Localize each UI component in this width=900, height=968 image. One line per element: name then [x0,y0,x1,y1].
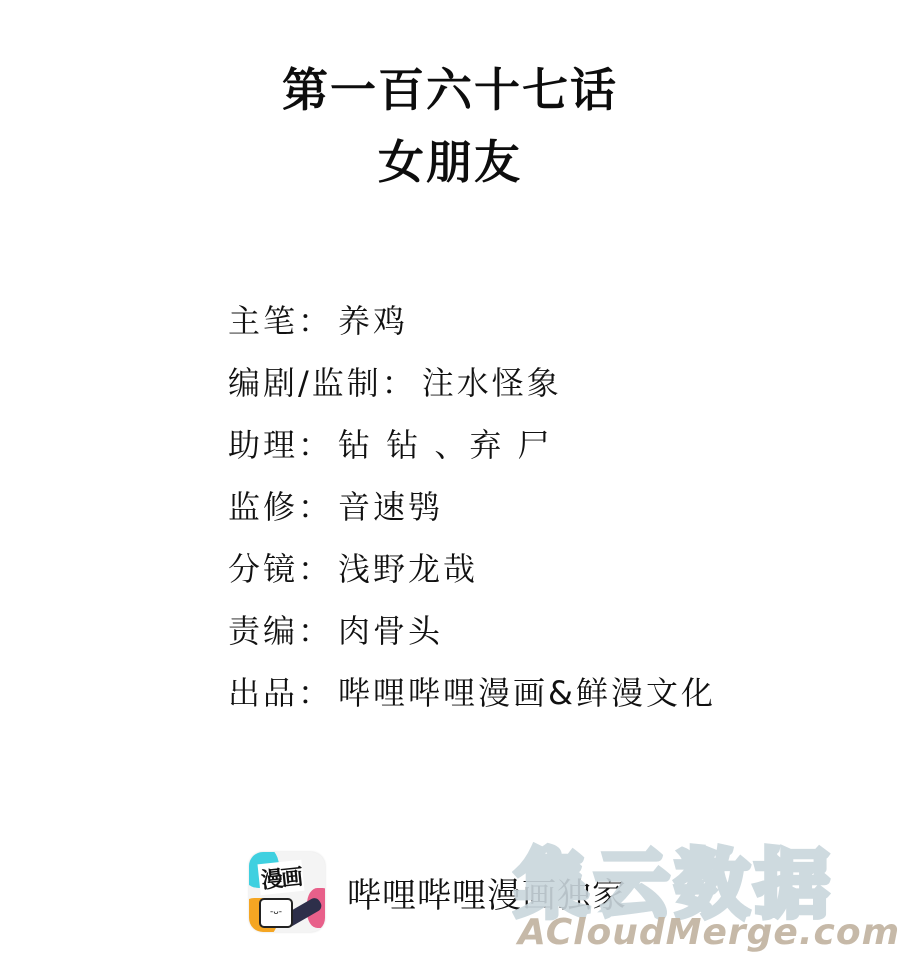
app-icon-label: 漫画 [258,860,305,895]
credit-role: 分镜 [228,544,298,590]
credit-row: 主笔：养鸡 [228,288,716,350]
credit-row: 编剧/监制：注水怪象 [228,350,716,412]
credit-separator: ： [298,544,326,590]
credit-separator: ： [298,296,326,342]
credit-row: 责编：肉骨头 [228,598,716,660]
credit-row: 助理：钻 钻 、弃 尸 [228,412,716,474]
watermark-english: ACloudMerge.com [518,912,900,953]
credit-role: 责编 [228,606,298,652]
credit-name: 钻 钻 、弃 尸 [338,420,553,466]
credit-role: 主笔 [228,296,298,342]
tv-mascot-icon: -ᴗ- [259,898,293,928]
credit-separator: ： [298,482,326,528]
credit-separator: ： [298,606,326,652]
credit-separator: ： [298,420,326,466]
credit-role: 出品 [228,668,298,714]
credit-role: 助理 [228,420,298,466]
credit-row: 出品：哔哩哔哩漫画&鲜漫文化 [228,660,716,722]
credit-row: 监修：音速鸮 [228,474,716,536]
credit-row: 分镜：浅野龙哉 [228,536,716,598]
chapter-subtitle: 女朋友 [0,126,900,192]
credit-name: 肉骨头 [338,606,443,652]
credit-name: 注水怪象 [422,358,562,404]
credit-separator: ： [382,358,410,404]
credit-name: 浅野龙哉 [338,544,478,590]
credit-role: 监修 [228,482,298,528]
bilibili-comics-app-icon: 漫画 -ᴗ- [249,852,325,932]
credit-name: 音速鸮 [338,482,443,528]
credit-name: 养鸡 [338,296,408,342]
credits-list: 主笔：养鸡 编剧/监制：注水怪象 助理：钻 钻 、弃 尸 监修：音速鸮 分镜：浅… [228,288,716,722]
chapter-title: 第一百六十七话 [0,54,900,120]
credit-name: 哔哩哔哩漫画&鲜漫文化 [338,668,716,714]
credit-role: 编剧/监制 [228,358,382,404]
credit-separator: ： [298,668,326,714]
